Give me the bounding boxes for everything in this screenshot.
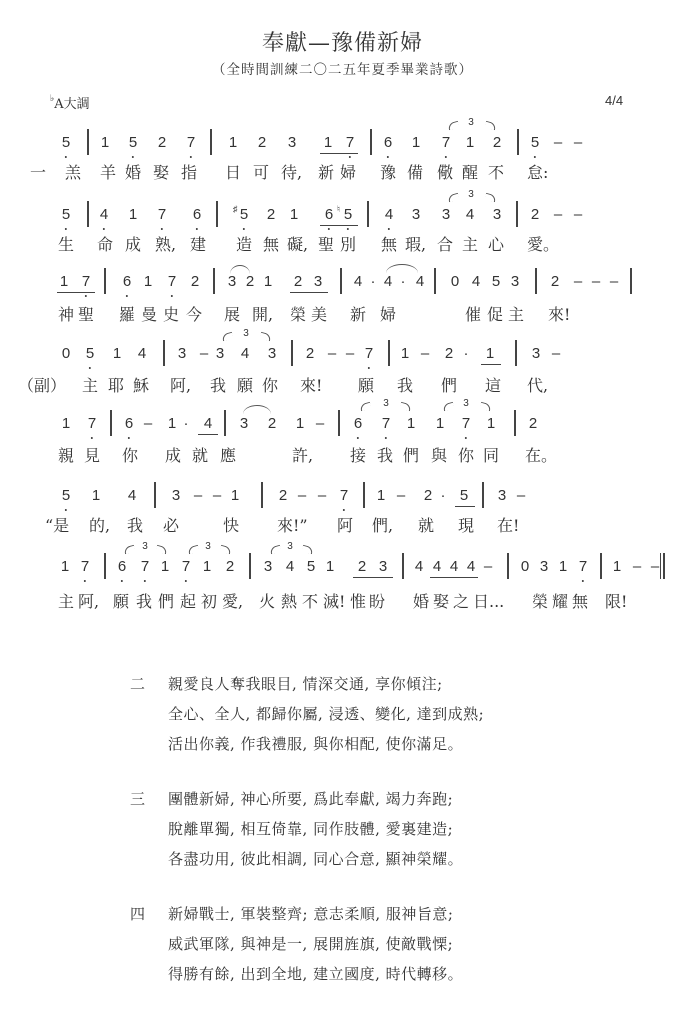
song-title: 奉獻—豫備新婦 bbox=[0, 26, 685, 57]
notation-line-3: 1 7 6 1 7 2 3 2 1 2 3 4 · 4 · 4 0 4 5 3 … bbox=[0, 272, 685, 296]
lyrics-line-7: 主 阿, 願 我 們 起 初 愛, 火 熱 不 滅! 惟 盼 婚 娶 之 日..… bbox=[0, 589, 685, 611]
lyrics-line-5: 親 見 你 成 就 應 許, 接 我 們 與 你 同 在。 bbox=[0, 443, 685, 465]
notation-line-4: 0 5 1 4 3 – 3 4 3 3 2 – – 7 1 – 2 · 1 3 … bbox=[0, 344, 685, 368]
key-signature: ♭A大調 bbox=[50, 93, 90, 112]
verse-2: 二 親愛良人奪我眼目, 情深交通, 享你傾注; 全心、全人, 都歸你屬, 浸透、… bbox=[130, 673, 570, 763]
notation-line-5: 1 7 6 – 1 · 4 3 2 1 – 6 7 1 3 1 7 1 3 2 bbox=[0, 414, 685, 438]
lyrics-line-2: 生 命 成 熟, 建 造 無 礙, 聖 別 無 瑕, 合 主 心 愛。 bbox=[0, 232, 685, 254]
time-signature: 4/4 bbox=[605, 93, 623, 108]
verse-number: 二 bbox=[130, 673, 145, 694]
notation-line-6: 5 1 4 3 – – 1 2 – – 7 1 – 2 · 5 3 – bbox=[0, 486, 685, 510]
flat-icon: ♭ bbox=[50, 94, 54, 104]
notation-line-2: 5 4 1 7 6 5♯ 2 1 6 5♮ 4 3 3 4 3 3 2 – – bbox=[0, 205, 685, 229]
lyrics-line-3: 神 聖 羅 曼 史 今 展 開, 榮 美 新 婦 催 促 主 來! bbox=[0, 302, 685, 324]
notation-line-7: 1 7 6 7 1 3 7 1 2 3 3 4 5 3 1 2 3 4 4 4 … bbox=[0, 557, 685, 581]
lyrics-line-4: （副） 主 耶 穌 阿, 我 願 你 來! 願 我 們 這 代, bbox=[0, 373, 685, 395]
lyrics-line-1: 一 羔 羊 婚 娶 指 日 可 待, 新 婦 豫 備 儆 醒 不 怠: bbox=[0, 160, 685, 182]
lyrics-line-6: “是 的, 我 必 快 來!” 阿 們, 就 現 在! bbox=[0, 513, 685, 535]
verse-4: 四 新婦戰士, 軍裝整齊; 意志柔順, 服神旨意; 威武軍隊, 與神是一, 展開… bbox=[130, 903, 570, 993]
verse-3: 三 團體新婦, 神心所要, 爲此奉獻, 竭力奔跑; 脫離單獨, 相互倚靠, 同作… bbox=[130, 788, 570, 878]
song-subtitle: （全時間訓練二〇二五年夏季畢業詩歌） bbox=[0, 58, 685, 78]
verse-number: 三 bbox=[130, 788, 145, 809]
verse-number: 四 bbox=[130, 903, 145, 924]
notation-line-1: 5 1 5 2 7 1 2 3 1 7 6 1 7 1 2 3 5 – – bbox=[0, 133, 685, 157]
refrain-label: （副） bbox=[18, 373, 66, 396]
